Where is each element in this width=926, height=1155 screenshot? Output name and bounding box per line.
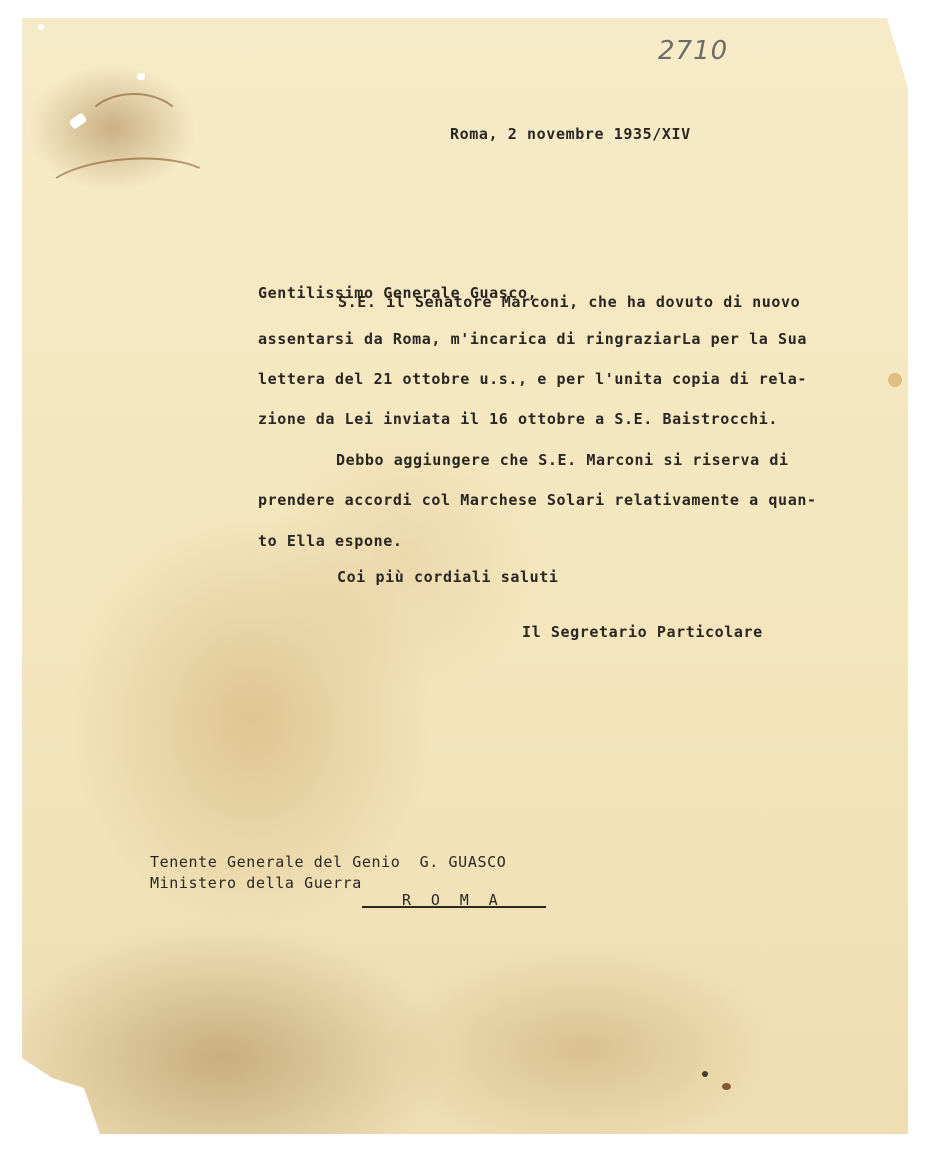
ink-spot	[722, 1083, 731, 1090]
addressee-line-2: Ministero della Guerra	[150, 876, 362, 891]
body-line-4: zione da Lei inviata il 16 ottobre a S.E…	[258, 412, 778, 427]
water-stain-edge	[82, 93, 186, 167]
body-line-7: to Ella espone.	[258, 534, 402, 549]
body-line-3: lettera del 21 ottobre u.s., e per l'uni…	[258, 372, 807, 387]
signature-title: Il Segretario Particolare	[522, 625, 763, 640]
ink-spot	[702, 1071, 708, 1077]
ink-spot	[888, 373, 902, 387]
water-stain-edge	[40, 152, 218, 228]
archive-number: 2710	[658, 36, 728, 66]
closing: Coi più cordiali saluti	[337, 570, 559, 585]
burn-hole	[137, 73, 145, 80]
addressee-line-1: Tenente Generale del Genio G. GUASCO	[150, 855, 506, 870]
date-line: Roma, 2 novembre 1935/XIV	[450, 127, 691, 142]
body-line-2: assentarsi da Roma, m'incarica di ringra…	[258, 332, 807, 347]
city-underline	[362, 906, 546, 908]
body-line-1: S.E. il Senatore Marconi, che ha dovuto …	[338, 295, 800, 310]
body-line-5: Debbo aggiungere che S.E. Marconi si ris…	[336, 453, 789, 468]
burn-hole	[38, 24, 44, 30]
body-line-6: prendere accordi col Marchese Solari rel…	[258, 493, 817, 508]
